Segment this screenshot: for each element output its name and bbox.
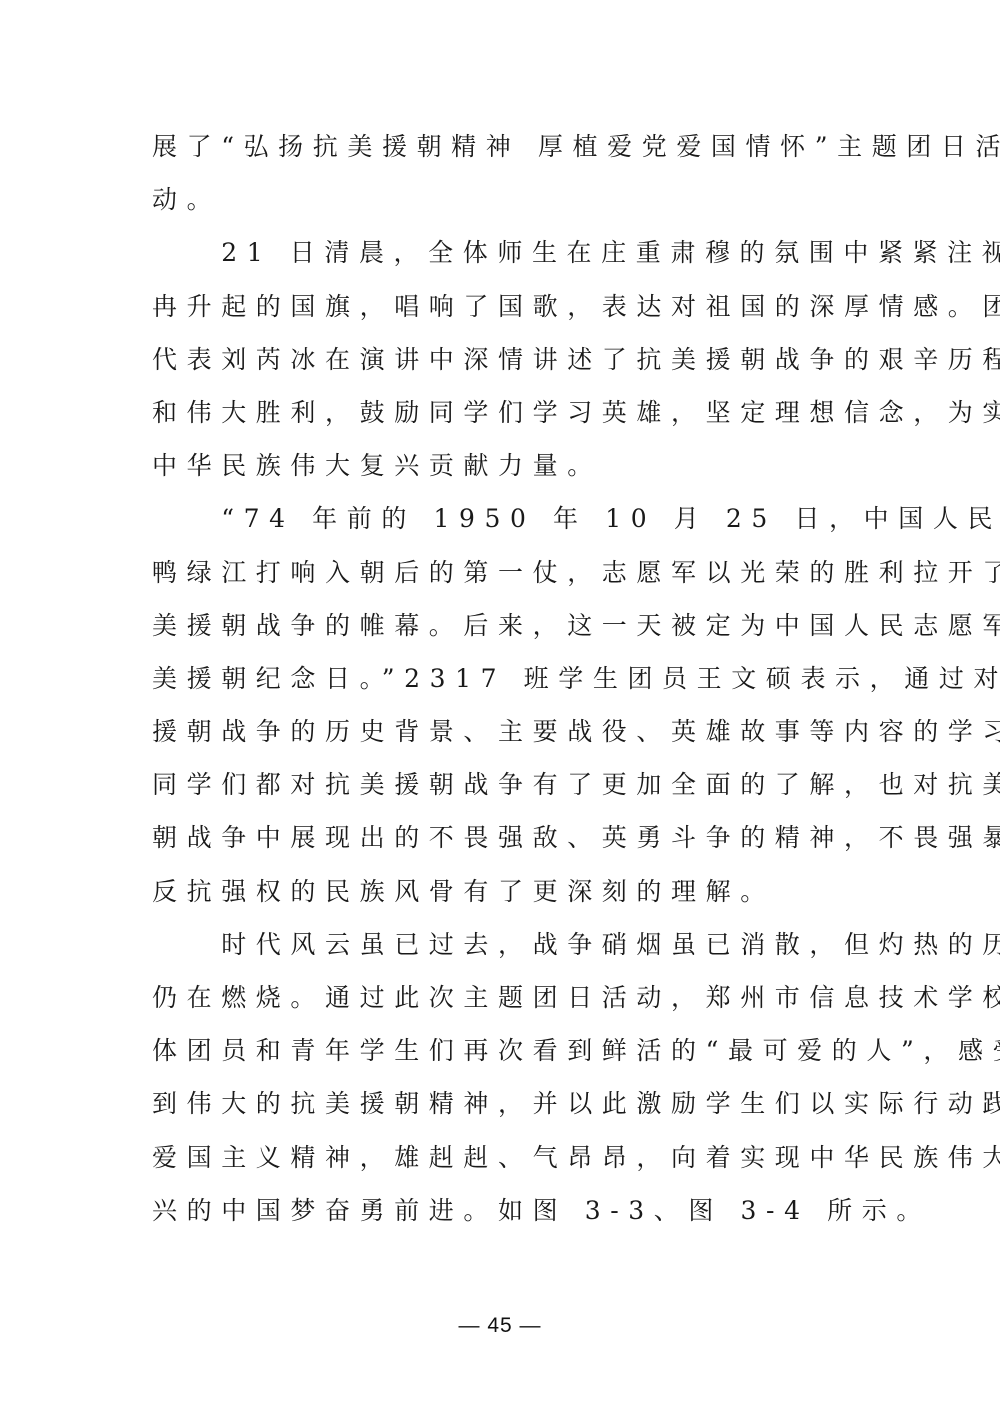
page-number: — 45 — bbox=[0, 1314, 1000, 1338]
text-line: 反抗强权的民族风骨有了更深刻的理解。 bbox=[152, 871, 852, 924]
text-line: 朝战争中展现出的不畏强敌、英勇斗争的精神，不畏强暴、 bbox=[152, 817, 852, 870]
text-line: 同学们都对抗美援朝战争有了更加全面的了解，也对抗美援 bbox=[152, 764, 852, 817]
text-line: 展了“弘扬抗美援朝精神 厚植爱党爱国情怀”主题团日活 bbox=[152, 126, 852, 179]
text-line: “74 年前的 1950 年 10 月 25 日，中国人民志愿军跨过 bbox=[152, 498, 852, 551]
text-line: 美援朝纪念日。”2317 班学生团员王文硕表示，通过对抗美 bbox=[152, 658, 852, 711]
text-line: 到伟大的抗美援朝精神，并以此激励学生们以实际行动践行 bbox=[152, 1083, 852, 1136]
text-line: 美援朝战争的帷幕。后来，这一天被定为中国人民志愿军抗 bbox=[152, 605, 852, 658]
text-line: 中华民族伟大复兴贡献力量。 bbox=[152, 445, 852, 498]
text-line: 和伟大胜利，鼓励同学们学习英雄，坚定理想信念，为实现 bbox=[152, 392, 852, 445]
text-line: 爱国主义精神，雄赳赳、气昂昂，向着实现中华民族伟大复 bbox=[152, 1137, 852, 1190]
text-line: 代表刘芮冰在演讲中深情讲述了抗美援朝战争的艰辛历程 bbox=[152, 339, 852, 392]
text-line: 仍在燃烧。通过此次主题团日活动，郑州市信息技术学校全 bbox=[152, 977, 852, 1030]
body-text: 展了“弘扬抗美援朝精神 厚植爱党爱国情怀”主题团日活 动。 21 日清晨，全体师… bbox=[152, 126, 852, 1243]
text-line: 时代风云虽已过去，战争硝烟虽已消散，但灼热的历史 bbox=[152, 924, 852, 977]
text-line: 兴的中国梦奋勇前进。如图 3-3、图 3-4 所示。 bbox=[152, 1190, 852, 1243]
text-line: 动。 bbox=[152, 179, 852, 232]
text-line: 冉升起的国旗，唱响了国歌，表达对祖国的深厚情感。团员 bbox=[152, 286, 852, 339]
text-line: 援朝战争的历史背景、主要战役、英雄故事等内容的学习， bbox=[152, 711, 852, 764]
text-line: 21 日清晨，全体师生在庄重肃穆的氛围中紧紧注视着冉 bbox=[152, 232, 852, 285]
document-page: 展了“弘扬抗美援朝精神 厚植爱党爱国情怀”主题团日活 动。 21 日清晨，全体师… bbox=[0, 0, 1000, 1414]
text-line: 鸭绿江打响入朝后的第一仗，志愿军以光荣的胜利拉开了抗 bbox=[152, 552, 852, 605]
text-line: 体团员和青年学生们再次看到鲜活的“最可爱的人”，感受 bbox=[152, 1030, 852, 1083]
